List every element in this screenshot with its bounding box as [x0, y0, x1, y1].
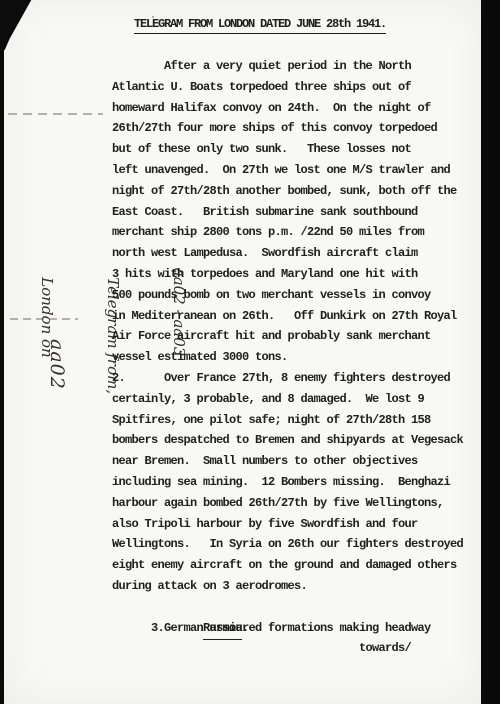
scanned-telegram-page: TELEGRAM FROM LONDON DATED JUNE 28th 194… — [0, 0, 500, 704]
typed-line: merchant ship 2800 tons p.m. /22nd 50 mi… — [112, 222, 472, 243]
typed-line: vessel estimated 3000 tons. — [112, 347, 472, 368]
section-3-heading-line: 3.Russia. — [112, 597, 472, 618]
paper-speck — [152, 16, 154, 18]
typed-line: also Tripoli harbour by five Swordfish a… — [112, 514, 472, 535]
pencil-dash-mark-top — [8, 113, 103, 115]
typed-line: near Bremen. Small numbers to other obje… — [112, 451, 472, 472]
typed-line: in Mediterranean on 26th. Off Dunkirk on… — [112, 306, 472, 327]
typed-line: night of 27th/28th another bombed, sunk,… — [112, 181, 472, 202]
paper-speck — [253, 628, 255, 630]
paragraphs-1-2: After a very quiet period in the North A… — [112, 56, 472, 597]
typed-line: Spitfires, one pilot safe; night of 27th… — [112, 410, 472, 431]
typed-line: 3 hits with torpedoes and Maryland one h… — [112, 264, 472, 285]
typed-line: towards/ — [112, 638, 472, 659]
typed-line: 500 pounds bomb on two merchant vessels … — [112, 285, 472, 306]
typed-line: including sea mining. 12 Bombers missing… — [112, 472, 472, 493]
document-title: TELEGRAM FROM LONDON DATED JUNE 28th 194… — [134, 17, 386, 34]
paragraph-3-body: German armoured formations making headwa… — [112, 618, 472, 660]
typed-line: 2. Over France 27th, 8 enemy fighters de… — [112, 368, 472, 389]
typed-line: left unavenged. On 27th we lost one M/S … — [112, 160, 472, 181]
typed-line: After a very quiet period in the North — [112, 56, 472, 77]
typed-line: East Coast. British submarine sank south… — [112, 202, 472, 223]
typed-line: Wellingtons. In Syria on 26th our fighte… — [112, 534, 472, 555]
typed-line: homeward Halifax convoy on 24th. On the … — [112, 98, 472, 119]
typed-line: Air Force aircraft hit and probably sank… — [112, 326, 472, 347]
typed-line: German armoured formations making headwa… — [112, 618, 472, 639]
typed-line: eight enemy aircraft on the ground and d… — [112, 555, 472, 576]
typed-line: north west Lampedusa. Swordfish aircraft… — [112, 243, 472, 264]
typed-body: After a very quiet period in the North A… — [112, 56, 472, 659]
typed-line: bombers despatched to Bremen and shipyar… — [112, 430, 472, 451]
handwritten-code: aa02 — [46, 339, 68, 429]
typed-line: during attack on 3 aerodromes. — [112, 576, 472, 597]
typed-line: Atlantic U. Boats torpedoed three ships … — [112, 77, 472, 98]
typed-line: 26th/27th four more ships of this convoy… — [112, 118, 472, 139]
typed-line: harbour again bombed 26th/27th by five W… — [112, 493, 472, 514]
typed-line: but of these only two sunk. These losses… — [112, 139, 472, 160]
typed-line: certainly, 3 probable, and 8 damaged. We… — [112, 389, 472, 410]
